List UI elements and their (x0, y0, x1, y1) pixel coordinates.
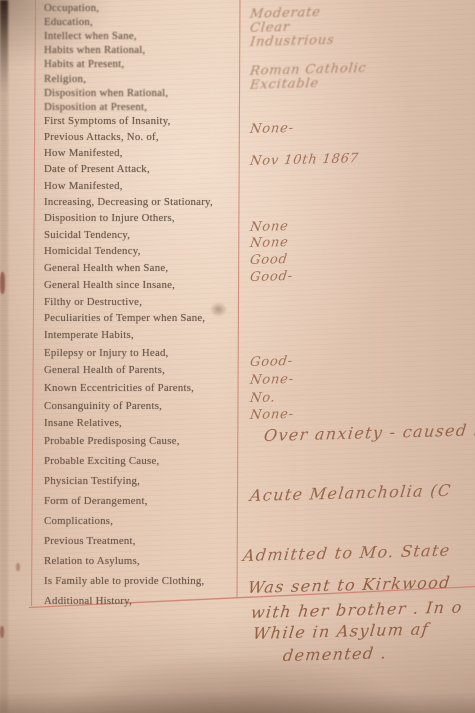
history-line: demented . (282, 643, 388, 665)
case-record-page: Occupation,Education,ModerateIntellect w… (0, 0, 475, 713)
history-line: While in Asylum af (252, 619, 430, 643)
history-line: with her brother . In o (250, 597, 464, 622)
history-line: Was sent to Kirkwood (247, 573, 452, 597)
additional-history-block: Was sent to Kirkwoodwith her brother . I… (0, 0, 475, 713)
